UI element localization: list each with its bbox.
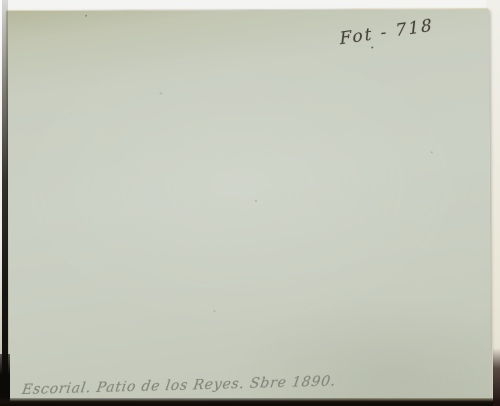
age-speck	[371, 46, 373, 48]
caption-handwriting: Escorial. Patio de los Reyes. Sbre 1890.	[21, 373, 337, 398]
catalog-number-handwriting: Fot - 718	[339, 16, 434, 50]
age-speck	[85, 15, 87, 17]
photo-verso-scan: Fot - 718 Escorial. Patio de los Reyes. …	[0, 0, 500, 406]
age-speck	[431, 151, 433, 153]
photo-card-back: Fot - 718 Escorial. Patio de los Reyes. …	[6, 8, 491, 401]
binding-gutter-shadow	[0, 0, 8, 406]
age-speck	[255, 200, 257, 202]
age-speck	[160, 92, 163, 94]
age-speck	[213, 310, 215, 312]
bottom-right-dark-corner	[493, 348, 500, 406]
bottom-edge-shadow	[0, 398, 500, 406]
